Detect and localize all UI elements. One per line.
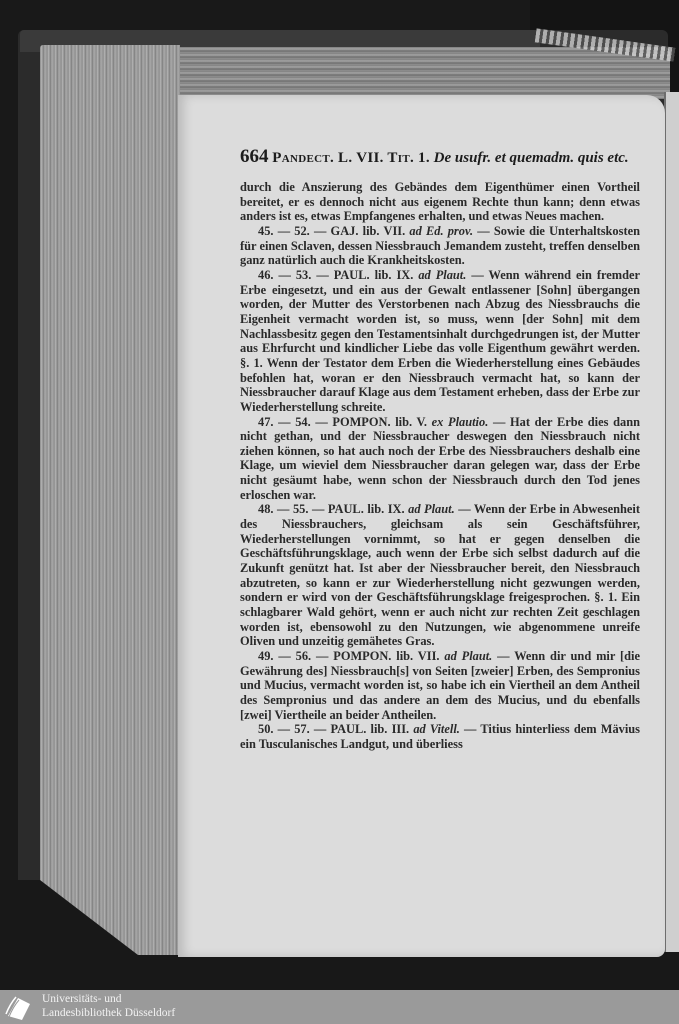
fragment-source: ad Plaut. xyxy=(444,649,492,663)
paragraph-47: 47. — 54. — POMPON. lib. V. ex Plautio. … xyxy=(240,415,640,503)
paragraph-continuation: durch die Anszierung des Gebändes dem Ei… xyxy=(240,180,640,224)
running-head-title: De usufr. et quemadm. quis etc. xyxy=(434,150,629,166)
page-body: durch die Anszierung des Gebändes dem Ei… xyxy=(240,180,640,752)
book-scan: 664 Pandect. L. VII. Tit. 1. De usufr. e… xyxy=(0,0,679,990)
library-name-line1: Universitäts- und xyxy=(42,992,175,1006)
fragment-reference: 48. — 55. — PAUL. lib. IX. xyxy=(258,502,405,516)
paragraph-46: 46. — 53. — PAUL. lib. IX. ad Plaut. — W… xyxy=(240,268,640,415)
fragment-reference: 45. — 52. — GAJ. lib. VII. xyxy=(258,224,405,238)
page-edges-left xyxy=(40,45,180,950)
fragment-text: — Wenn der Erbe in Abwesenheit des Niess… xyxy=(240,502,640,648)
fragment-reference: 50. — 57. — PAUL. lib. III. xyxy=(258,722,409,736)
fragment-source: ad Ed. prov. xyxy=(409,224,473,238)
fragment-source: ad Plaut. xyxy=(408,502,455,516)
fragment-reference: 49. — 56. — POMPON. lib. VII. xyxy=(258,649,440,663)
fragment-source: ad Plaut. xyxy=(418,268,466,282)
paragraph-50: 50. — 57. — PAUL. lib. III. ad Vitell. —… xyxy=(240,722,640,751)
fragment-text: — Wenn während ein fremder Erbe eingeset… xyxy=(240,268,640,414)
paragraph-49: 49. — 56. — POMPON. lib. VII. ad Plaut. … xyxy=(240,649,640,722)
fragment-reference: 46. — 53. — PAUL. lib. IX. xyxy=(258,268,413,282)
fragment-source: ex Plautio. xyxy=(432,415,489,429)
fragment-reference: 47. — 54. — POMPON. lib. V. xyxy=(258,415,427,429)
facing-page-edge xyxy=(664,92,679,952)
running-header: 664 Pandect. L. VII. Tit. 1. De usufr. e… xyxy=(240,146,650,168)
running-head: Pandect. L. VII. Tit. 1. xyxy=(272,150,430,166)
library-footer: Universitäts- und Landesbibliothek Düsse… xyxy=(0,990,679,1024)
page-number: 664 xyxy=(240,146,269,167)
library-name-line2: Landesbibliothek Düsseldorf xyxy=(42,1006,175,1020)
book-logo-icon[interactable] xyxy=(4,994,34,1022)
library-name[interactable]: Universitäts- und Landesbibliothek Düsse… xyxy=(42,992,175,1020)
paragraph-45: 45. — 52. — GAJ. lib. VII. ad Ed. prov. … xyxy=(240,224,640,268)
fragment-source: ad Vitell. xyxy=(413,722,460,736)
paragraph-48: 48. — 55. — PAUL. lib. IX. ad Plaut. — W… xyxy=(240,502,640,649)
